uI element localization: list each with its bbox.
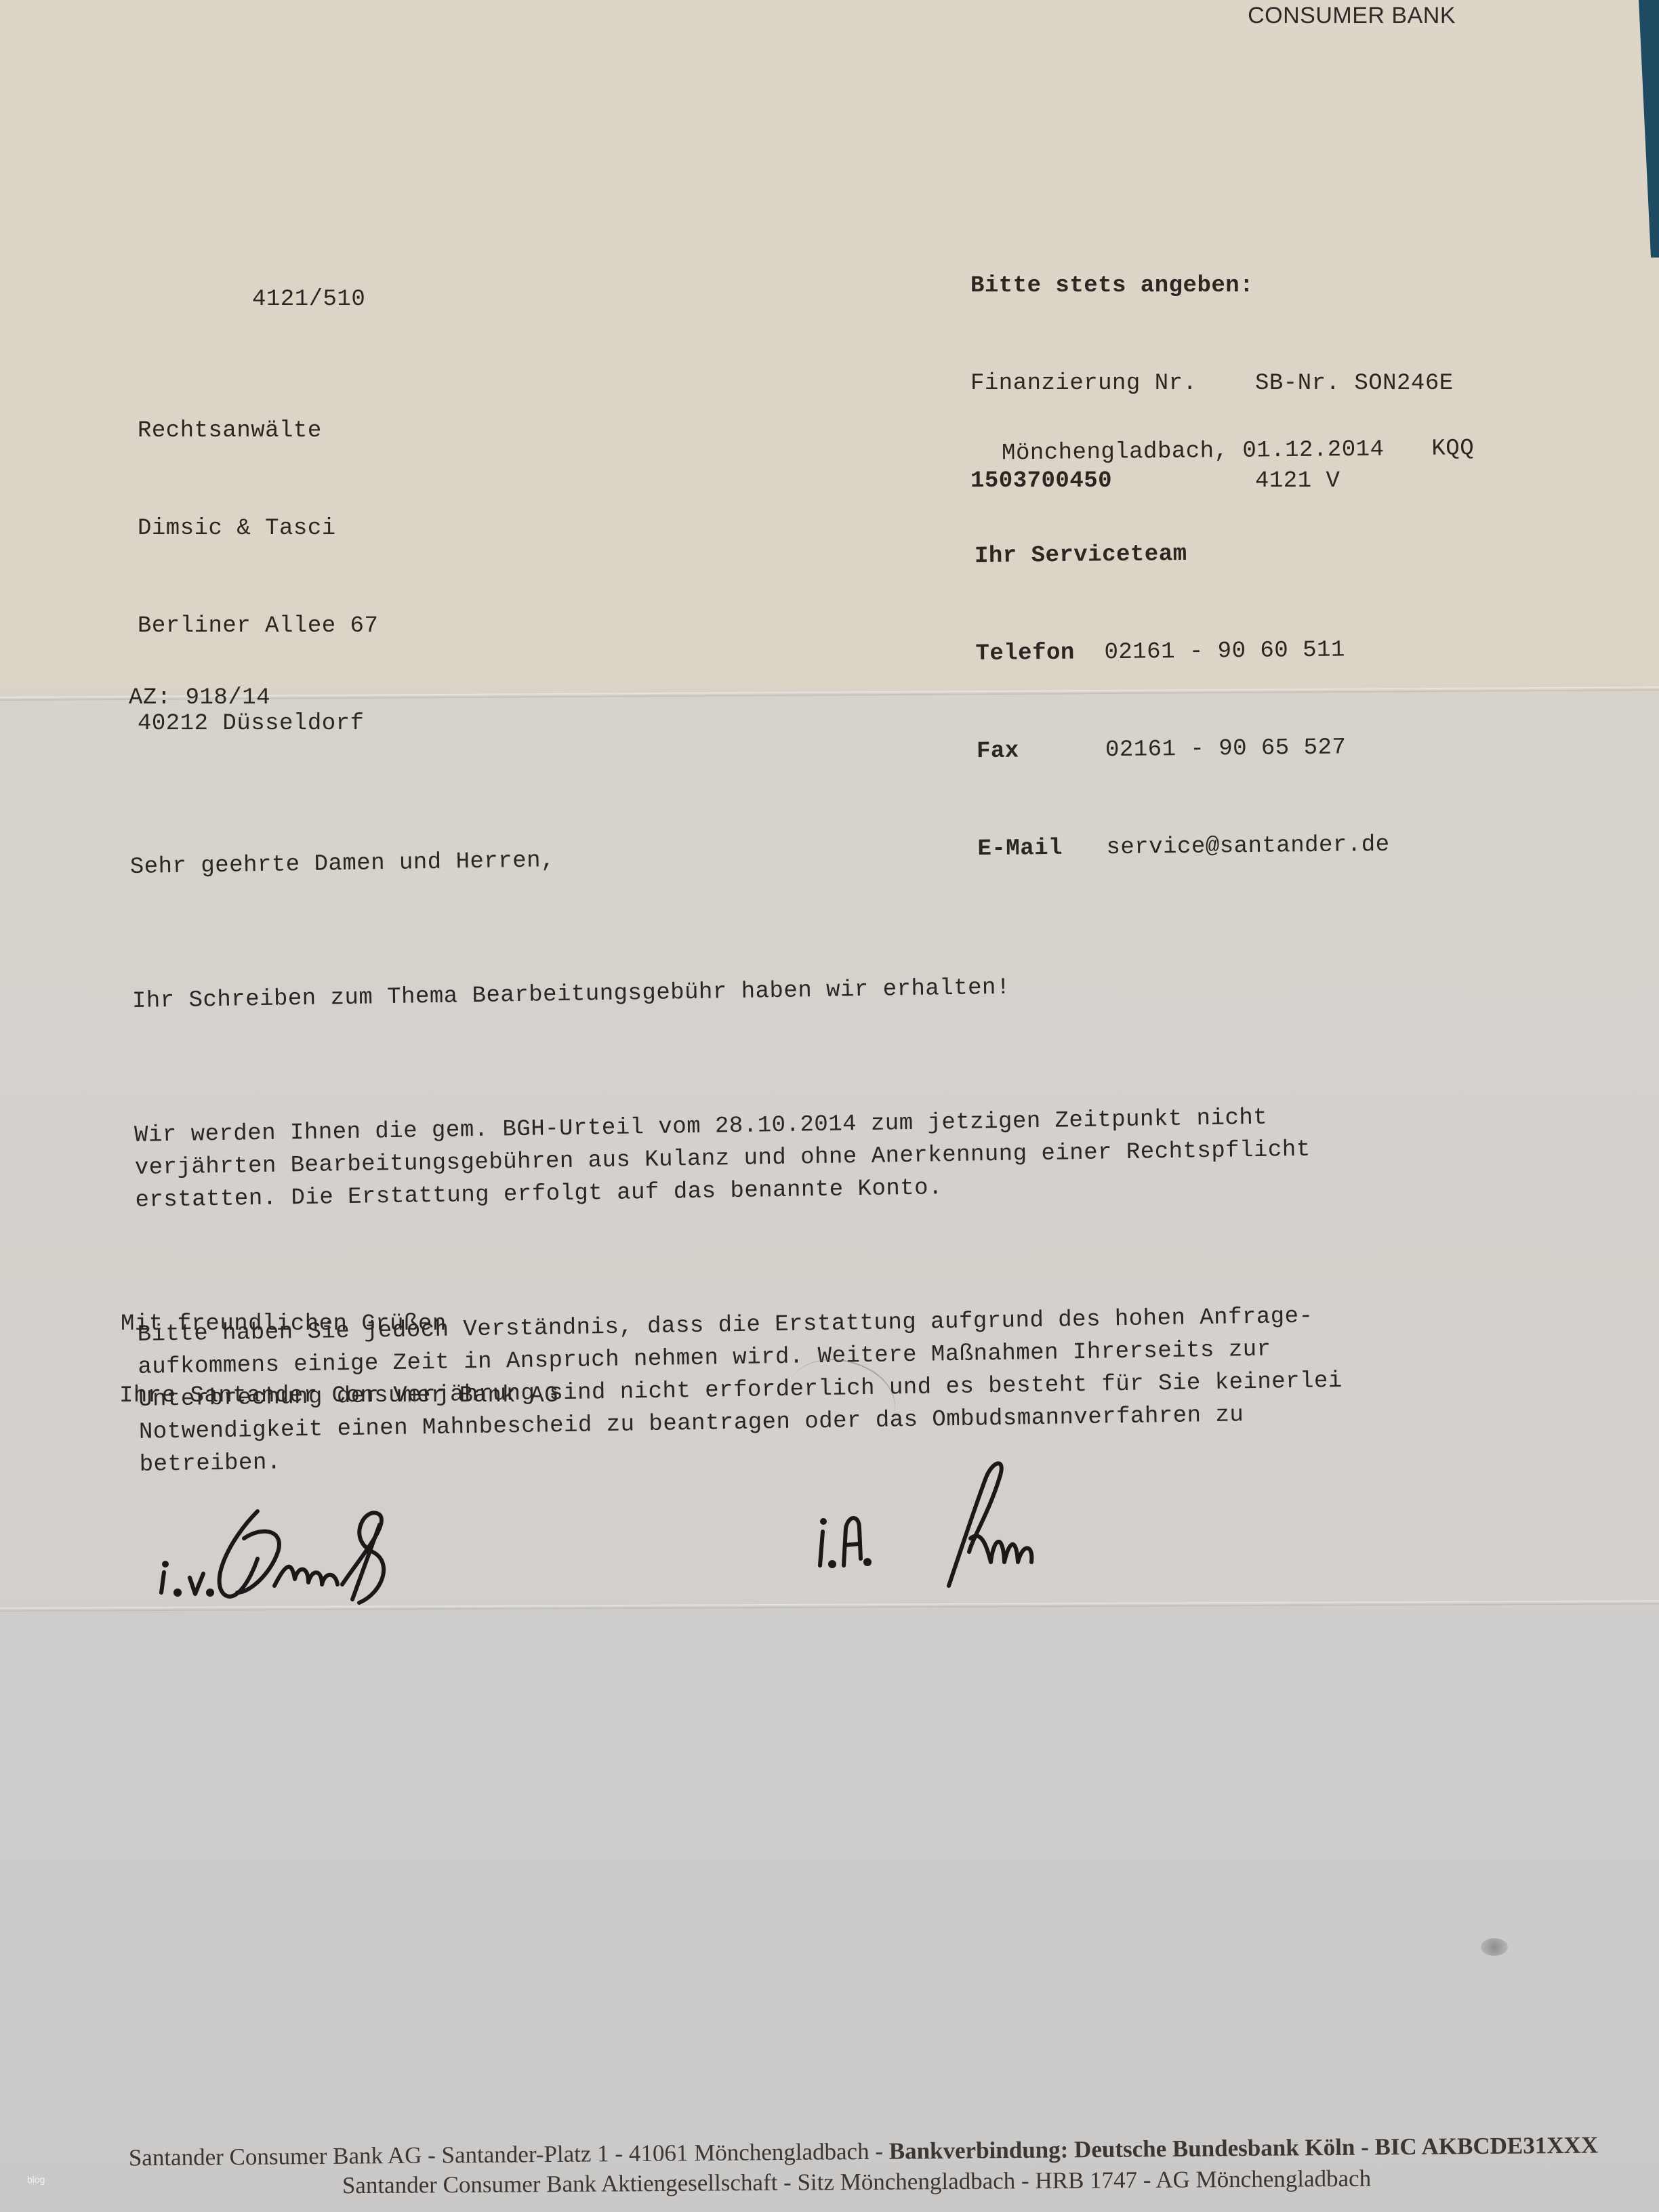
reference-heading: Bitte stets angeben: — [970, 270, 1454, 302]
address-line: Dimsic & Tasci — [138, 512, 378, 545]
place-date: Mönchengladbach, 01.12.2014 — [1002, 437, 1385, 467]
closing-greeting: Mit freundlichen Grüßen — [121, 1308, 447, 1340]
fax-number: 02161 - 90 65 527 — [1105, 731, 1347, 766]
address-line: Berliner Allee 67 — [138, 610, 378, 642]
dateline: Mönchengladbach, 01.12.2014KQQ — [973, 400, 1475, 470]
financing-label: Finanzierung Nr. — [970, 367, 1255, 400]
paper-stain — [1481, 1938, 1508, 1956]
fax-label: Fax — [977, 734, 1105, 768]
clerk-code: KQQ — [1431, 436, 1474, 462]
service-heading: Ihr Serviceteam — [975, 536, 1387, 573]
watermark: blog — [27, 2174, 45, 2185]
address-line: Rechtsanwälte — [138, 415, 378, 447]
closing-company: Ihre Santander Consumer Bank AG — [119, 1380, 558, 1412]
bank-brand: CONSUMER BANK — [1248, 3, 1456, 29]
phone-number: 02161 - 90 60 511 — [1104, 634, 1345, 669]
footer-bank-details: Bankverbindung: Deutsche Bundesbank Köln… — [889, 2132, 1599, 2165]
phone-label: Telefon — [975, 636, 1104, 670]
body-paragraph: Ihr Schreiben zum Thema Bearbeitungsgebü… — [132, 963, 1555, 1018]
sb-label: SB-Nr. SON246E — [1255, 367, 1454, 400]
internal-code: 4121/510 — [252, 283, 365, 316]
body-paragraph: Wir werden Ihnen die gem. BGH-Urteil vom… — [134, 1097, 1559, 1217]
signature-ia — [813, 1450, 1098, 1606]
salutation: Sehr geehrte Damen und Herren, — [130, 829, 1553, 884]
case-reference: AZ: 918/14 — [129, 682, 270, 714]
signature-iv — [156, 1498, 508, 1606]
